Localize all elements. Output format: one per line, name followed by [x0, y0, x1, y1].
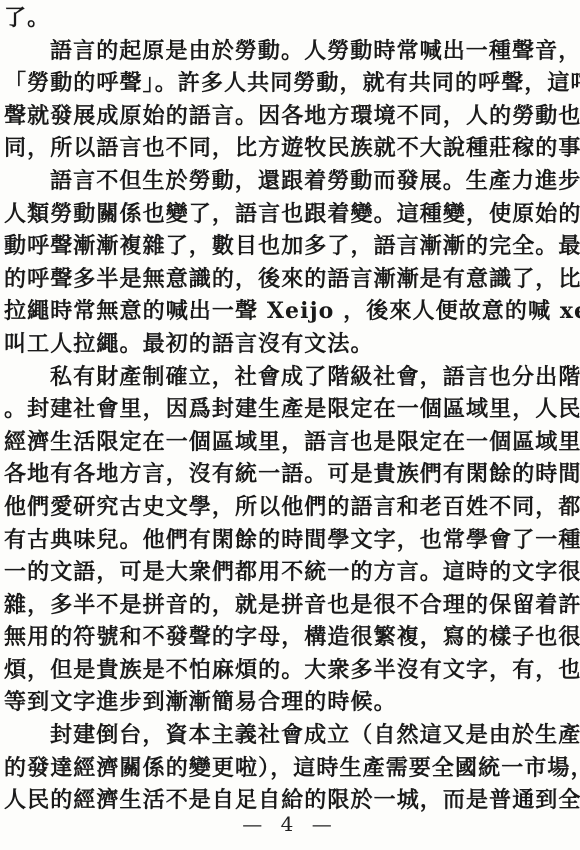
text-line: 雜，多半不是拼音的，就是拼音也是很不合理的保留着許多: [4, 589, 576, 622]
text-line: 他們愛研究古史文學，所以他們的語言和老百姓不同，都帶: [4, 491, 576, 524]
text-line: 各地有各地方言，沒有統一語。可是貴族們有閑餘的時間。: [4, 458, 576, 491]
text-line: 無用的符號和不發聲的字母，構造很繁複，寫的樣子也很麻: [4, 621, 576, 654]
body-text: 了。 語言的起原是由於勞動。人勞動時常喊出一種聲音，叫 「勞動的呼聲」。許多人共…: [4, 2, 576, 817]
text-line: 聲就發展成原始的語言。因各地方環境不同，人的勞動也不: [4, 100, 576, 133]
text-line: 。封建社會里，因爲封建生產是限定在一個區域里，人民的: [4, 393, 576, 426]
text-line: 拉繩時常無意的喊出一聲 Xeijo ，後來人便故意的喊 xeijo: [4, 295, 576, 328]
text-line: 「勞動的呼聲」。許多人共同勞動，就有共同的呼聲，這呼: [4, 67, 576, 100]
text-line: 煩，但是貴族是不怕麻煩的。大衆多半沒有文字，有，也是: [4, 654, 576, 687]
text-line: 的發達經濟關係的變更啦），這時生產需要全國統一市場，: [4, 752, 576, 785]
text-line: 了。: [4, 2, 576, 35]
text-line: 的呼聲多半是無意識的，後來的語言漸漸是有意識了，比方: [4, 263, 576, 296]
text-line: 經濟生活限定在一個區域里，語言也是限定在一個區域里。: [4, 426, 576, 459]
text-line: 人類勞動關係也變了，語言也跟着變。這種變，使原始的勞: [4, 198, 576, 231]
paragraph-start-line: 封建倒台，資本主義社會成立（自然這又是由於生產力: [4, 719, 576, 752]
paragraph-start-line: 語言的起原是由於勞動。人勞動時常喊出一種聲音，叫: [4, 35, 576, 68]
text-line: 叫工人拉繩。最初的語言沒有文法。: [4, 328, 576, 361]
text-line: 動呼聲漸漸複雜了，數目也加多了，語言漸漸的完全。最初: [4, 230, 576, 263]
paragraph-start-line: 私有財產制確立，社會成了階級社會，語言也分出階級: [4, 361, 576, 394]
page-number: — 4 —: [0, 812, 580, 836]
text-line: 等到文字進步到漸漸簡易合理的時候。: [4, 686, 576, 719]
document-page: 了。 語言的起原是由於勞動。人勞動時常喊出一種聲音，叫 「勞動的呼聲」。許多人共…: [0, 0, 580, 850]
paragraph-start-line: 語言不但生於勞動，還跟着勞動而發展。生產力進步，: [4, 165, 576, 198]
text-line: 有古典味兒。他們有閑餘的時間學文字，也常學會了一種統: [4, 524, 576, 557]
text-line: 同，所以語言也不同，比方遊牧民族就不大說種莊稼的事。: [4, 132, 576, 165]
text-line: 一的文語，可是大衆們都用不統一的方言。這時的文字很複: [4, 556, 576, 589]
